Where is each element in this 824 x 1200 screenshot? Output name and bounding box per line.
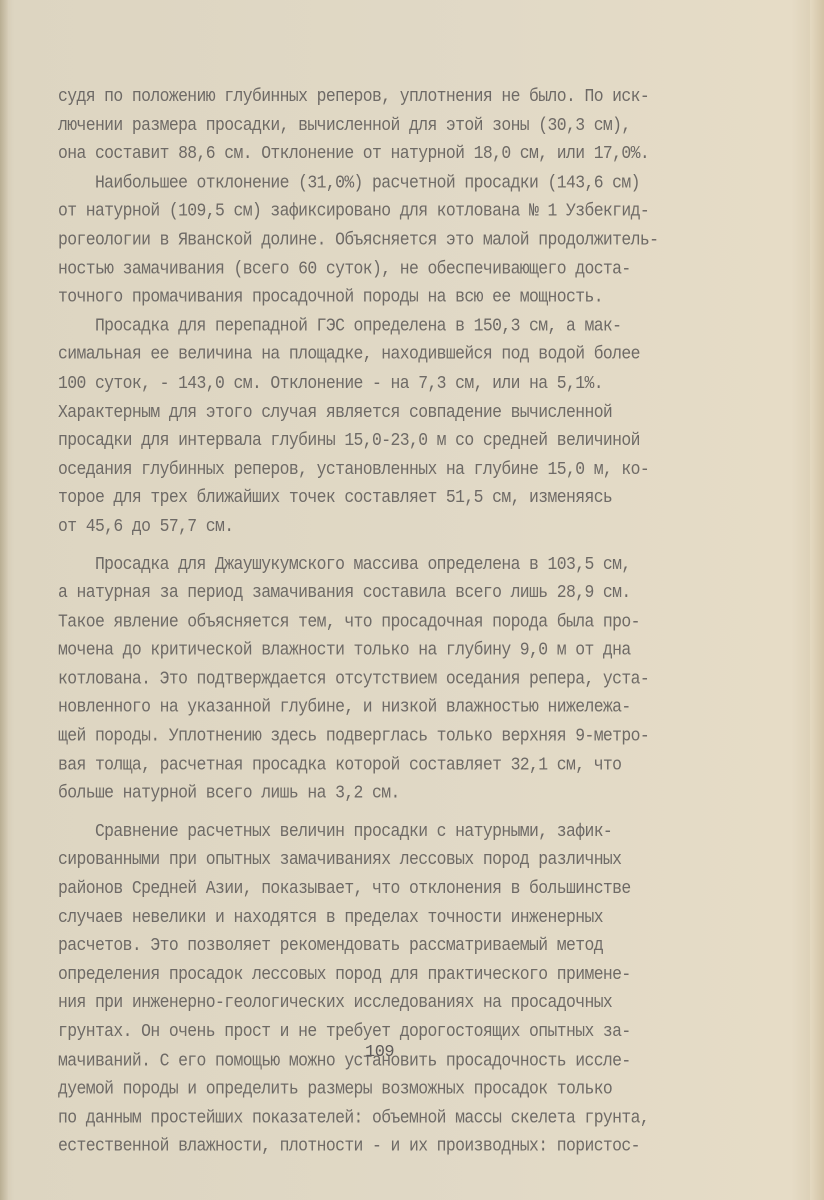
text-line: Такое явление объясняется тем, что проса… — [58, 607, 758, 636]
text-line: вая толща, расчетная просадка которой со… — [58, 750, 758, 779]
text-line: котлована. Это подтверждается отсутствие… — [58, 664, 758, 693]
text-line: просадки для интервала глубины 15,0-23,0… — [58, 426, 758, 455]
page-right-edge — [810, 0, 824, 1200]
text-line: дуемой породы и определить размеры возмо… — [58, 1075, 758, 1104]
text-line: Просадка для перепадной ГЭС определена в… — [58, 311, 758, 340]
text-line: Просадка для Джаушукумского массива опре… — [58, 550, 758, 579]
text-line: естественной влажности, плотности - и их… — [58, 1132, 758, 1161]
text-line: новленного на указанной глубине, и низко… — [58, 693, 758, 722]
paragraph-1: судя по положению глубинных реперов, упл… — [58, 82, 758, 168]
text-line: случаев невелики и находятся в пределах … — [58, 903, 758, 932]
text-line: точного промачивания просадочной породы … — [58, 283, 758, 312]
body-text: судя по положению глубинных реперов, упл… — [58, 82, 758, 1161]
text-line: мочена до критической влажности только н… — [58, 636, 758, 665]
text-line: сированными при опытных замачиваниях лес… — [58, 845, 758, 874]
text-line: по данным простейших показателей: объемн… — [58, 1103, 758, 1132]
text-line: ния при инженерно-геологических исследов… — [58, 989, 758, 1018]
text-line: щей породы. Уплотнению здесь подверглась… — [58, 722, 758, 751]
text-line: а натурная за период замачивания состави… — [58, 578, 758, 607]
paragraph-2: Наибольшее отклонение (31,0%) расчетной … — [58, 168, 758, 311]
text-line: определения просадок лессовых пород для … — [58, 960, 758, 989]
paragraph-spacer — [58, 808, 758, 817]
text-line: от 45,6 до 57,7 см. — [58, 512, 758, 541]
paragraph-5: Сравнение расчетных величин просадки с н… — [58, 817, 758, 1161]
text-line: Характерным для этого случая является со… — [58, 397, 758, 426]
paragraph-spacer — [58, 541, 758, 550]
text-line: больше натурной всего лишь на 3,2 см. — [58, 779, 758, 808]
paragraph-4: Просадка для Джаушукумского массива опре… — [58, 550, 758, 808]
page-number: 109 — [365, 1043, 394, 1062]
text-line: оседания глубинных реперов, установленны… — [58, 455, 758, 484]
text-line: Сравнение расчетных величин просадки с н… — [58, 817, 758, 846]
text-line: от натурной (109,5 см) зафиксировано для… — [58, 197, 758, 226]
text-line: судя по положению глубинных реперов, упл… — [58, 82, 758, 111]
text-line: симальная ее величина на площадке, наход… — [58, 340, 758, 369]
text-line: рогеологии в Яванской долине. Объясняетс… — [58, 225, 758, 254]
text-line: она составит 88,6 см. Отклонение от нату… — [58, 139, 758, 168]
text-line: ностью замачивания (всего 60 суток), не … — [58, 254, 758, 283]
text-line: торое для трех ближайших точек составляе… — [58, 483, 758, 512]
text-line: мачиваний. С его помощью можно установит… — [58, 1046, 758, 1075]
text-line: лючении размера просадки, вычисленной дл… — [58, 111, 758, 140]
text-line: грунтах. Он очень прост и не требует дор… — [58, 1017, 758, 1046]
text-line: 100 суток, - 143,0 см. Отклонение - на 7… — [58, 369, 758, 398]
paragraph-3: Просадка для перепадной ГЭС определена в… — [58, 311, 758, 540]
page-left-edge — [0, 0, 8, 1200]
document-page: судя по положению глубинных реперов, упл… — [0, 0, 824, 1200]
text-line: расчетов. Это позволяет рекомендовать ра… — [58, 931, 758, 960]
text-line: районов Средней Азии, показывает, что от… — [58, 874, 758, 903]
text-line: Наибольшее отклонение (31,0%) расчетной … — [58, 168, 758, 197]
